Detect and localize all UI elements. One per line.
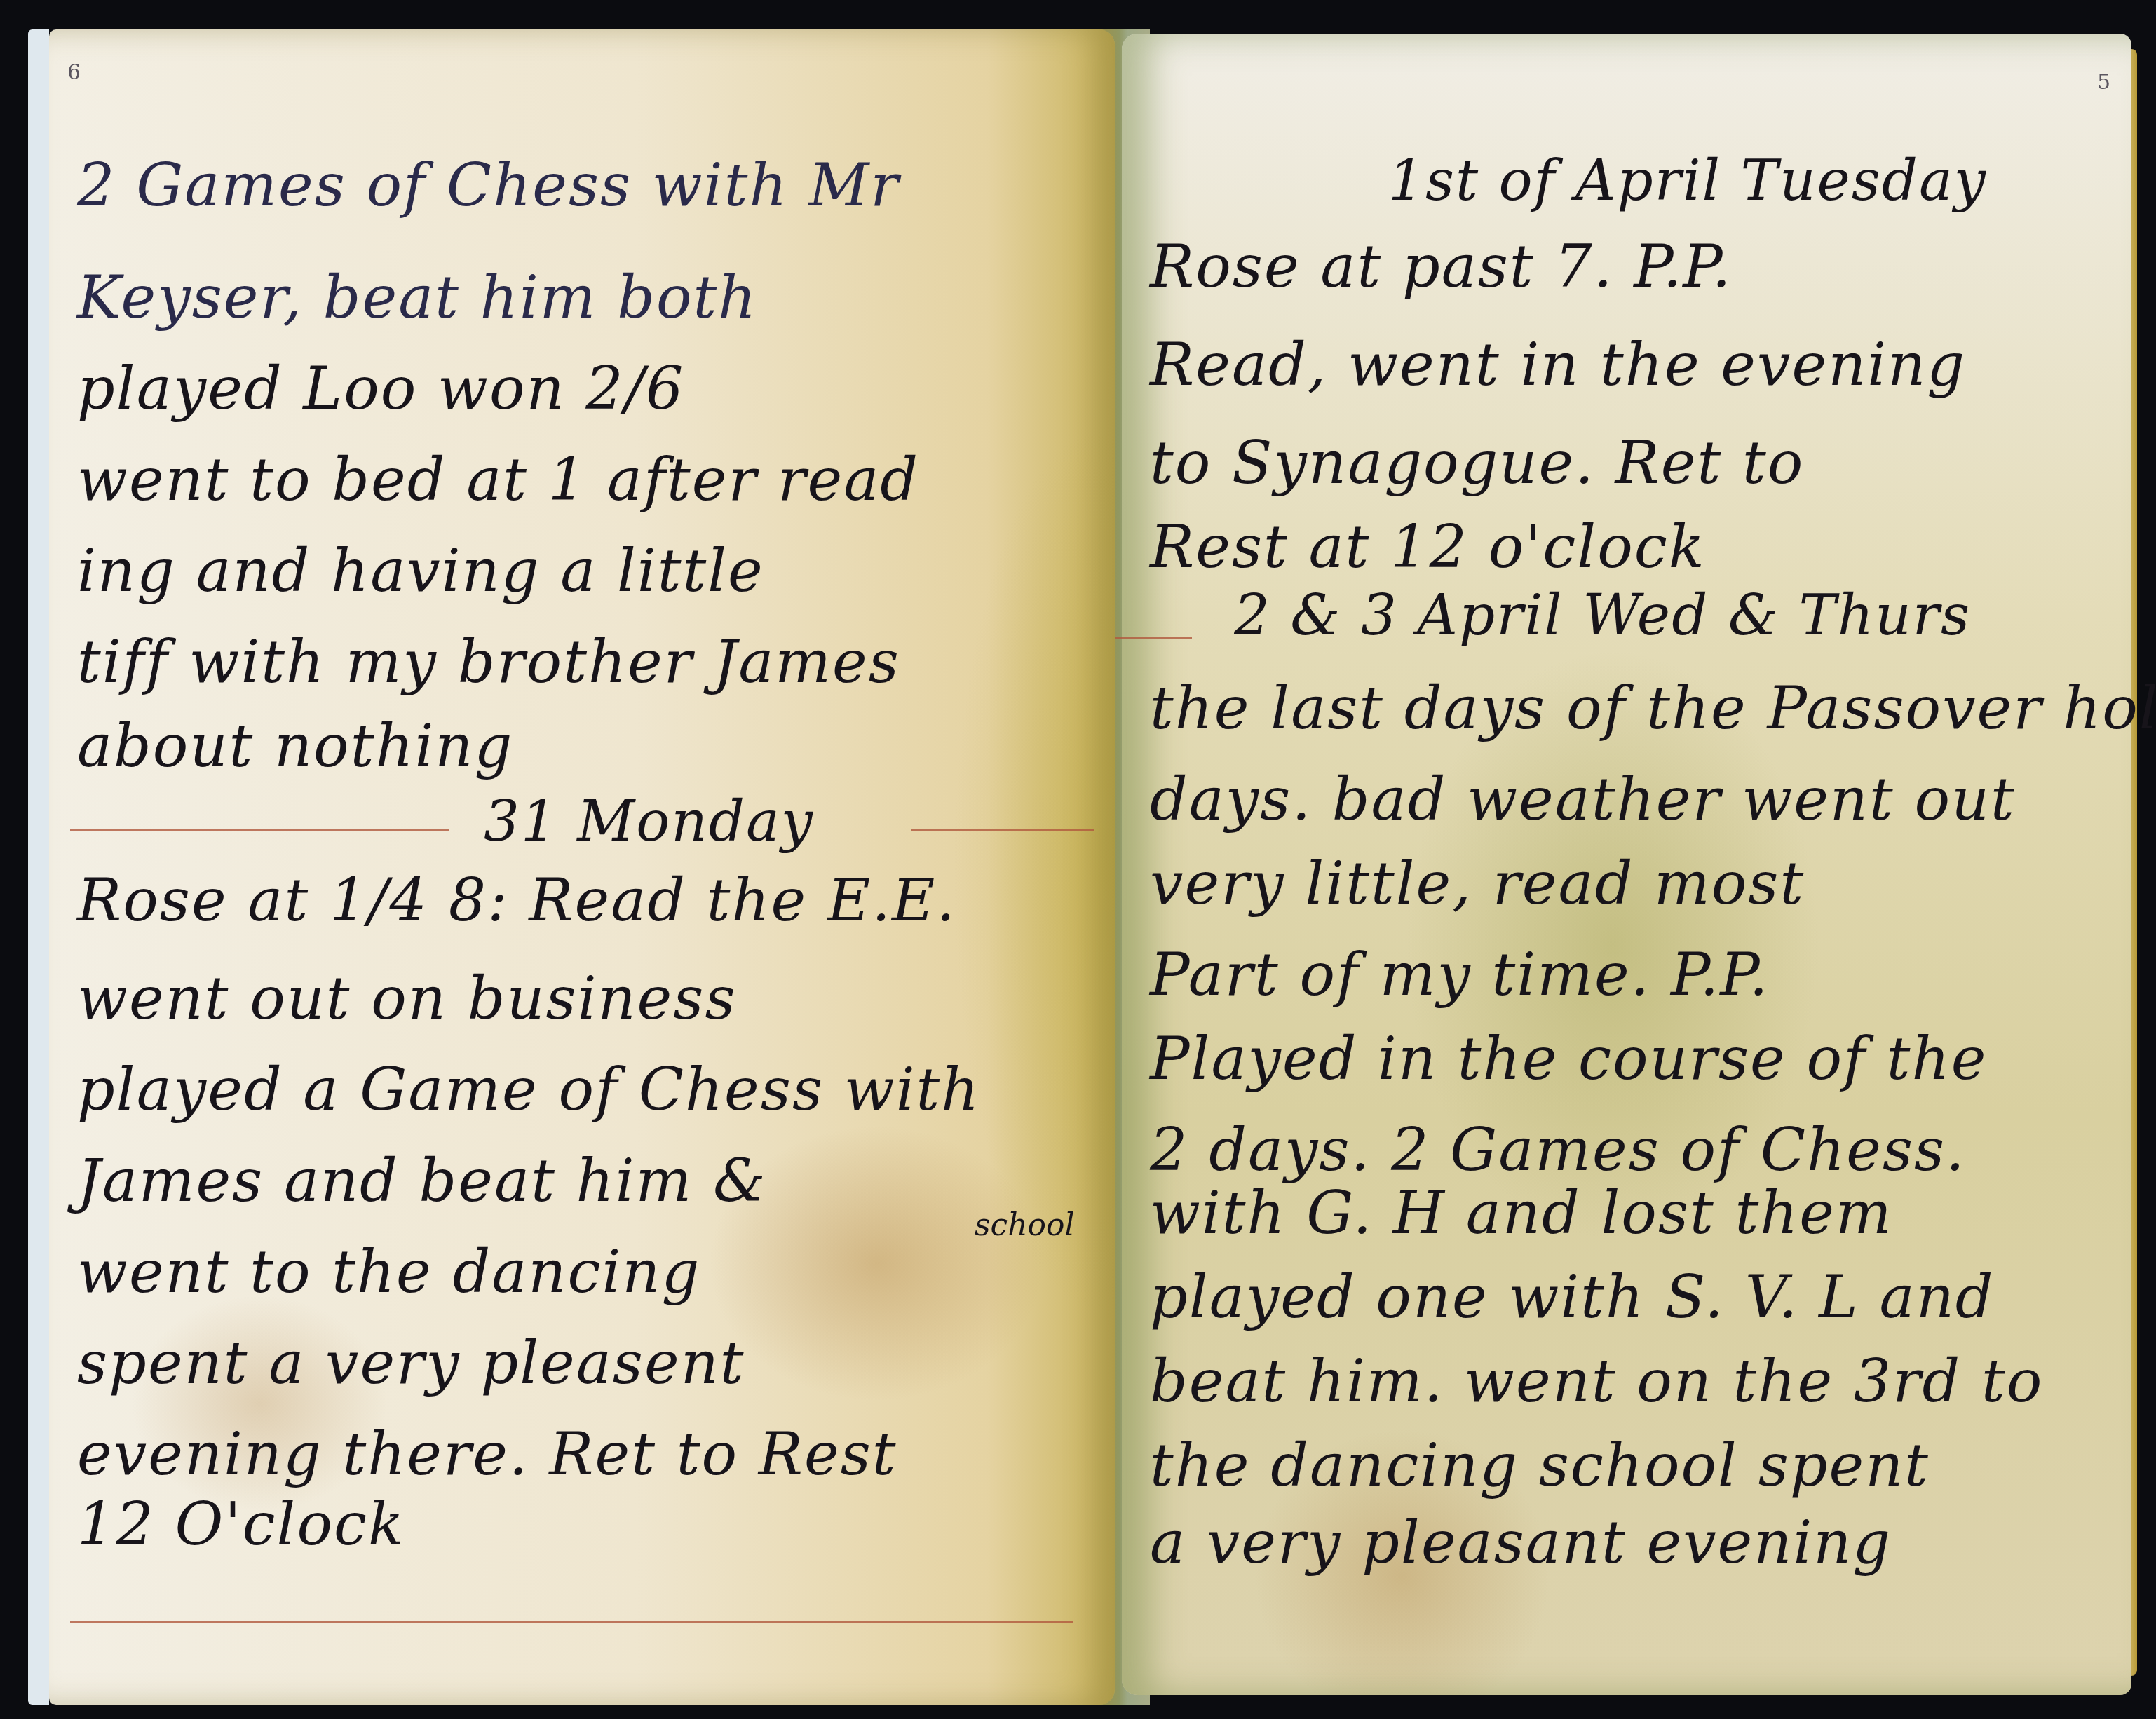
- diary-line: Played in the course of the: [1150, 1029, 1987, 1088]
- diary-line: Rest at 12 o'clock: [1150, 517, 1706, 576]
- diary-line: Read, went in the evening: [1150, 335, 1966, 394]
- entry-date-heading: 31 Monday: [484, 794, 814, 850]
- right-page: 5 1st of April Tuesday Rose at past 7. P…: [1122, 34, 2131, 1695]
- diary-line: played one with S. V. L and: [1150, 1268, 1995, 1326]
- diary-line: spent a very pleasent: [77, 1333, 745, 1392]
- diary-line: Rose at 1/4 8: Read the E.E.: [77, 871, 956, 930]
- diary-line: James and beat him &: [77, 1151, 767, 1210]
- diary-line: evening there. Ret to Rest: [77, 1425, 897, 1483]
- entry-date-heading: 2 & 3 April Wed & Thurs: [1234, 587, 1971, 644]
- diary-line: the last days of the Passover holy: [1150, 679, 2156, 738]
- diary-line: went out on business: [77, 969, 737, 1028]
- diary-line: ing and having a little: [77, 541, 764, 600]
- ruled-divider: [1115, 637, 1192, 639]
- ruled-divider: [70, 1621, 1073, 1623]
- diary-line: Keyser, beat him both: [77, 268, 757, 327]
- diary-line: the dancing school spent: [1150, 1436, 1930, 1495]
- entry-date-heading: 1st of April Tuesday: [1388, 153, 1987, 209]
- ruled-divider: [70, 829, 449, 831]
- inserted-word: school: [975, 1207, 1075, 1243]
- diary-line: a very pleasant evening: [1150, 1513, 1892, 1572]
- diary-line: went to bed at 1 after read: [77, 450, 919, 509]
- page-number-left: 6: [67, 60, 81, 85]
- diary-line: 2 days. 2 Games of Chess.: [1150, 1120, 1966, 1179]
- diary-line: tiff with my brother James: [77, 632, 900, 691]
- left-page: 6 2 Games of Chess with Mr Keyser, beat …: [49, 29, 1115, 1705]
- diary-line: very little, read most: [1150, 854, 1805, 913]
- diary-line: about nothing: [77, 716, 513, 775]
- diary-line: Rose at past 7. P.P.: [1150, 237, 1733, 296]
- open-diary: 6 2 Games of Chess with Mr Keyser, beat …: [0, 0, 2156, 1719]
- diary-line: to Synagogue. Ret to: [1150, 433, 1804, 492]
- diary-line: 2 Games of Chess with Mr: [77, 156, 900, 215]
- diary-line: beat him. went on the 3rd to: [1150, 1352, 2043, 1411]
- diary-line: played a Game of Chess with: [77, 1060, 980, 1119]
- diary-line: went to the dancing: [77, 1242, 700, 1301]
- diary-line: with G. H and lost them: [1150, 1183, 1893, 1242]
- diary-line: 12 O'clock: [77, 1495, 405, 1554]
- ruled-divider: [911, 829, 1094, 831]
- diary-line: Part of my time. P.P.: [1150, 945, 1769, 1004]
- diary-line: days. bad weather went out: [1150, 770, 2016, 829]
- diary-line: played Loo won 2/6: [77, 359, 684, 418]
- page-number-right: 5: [2097, 70, 2110, 95]
